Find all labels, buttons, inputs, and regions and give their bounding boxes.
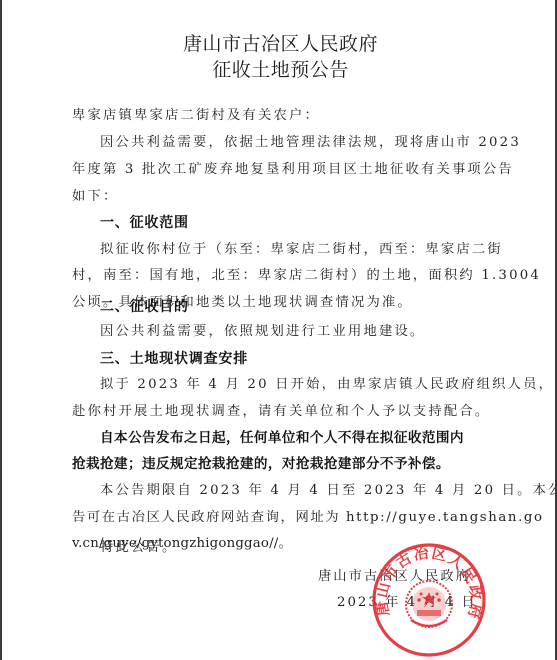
section-line: 因公共利益需要，依照规划进行工业用地建设。 [100,322,460,342]
section-line: 赴你村开展土地现状调查，请有关单位和个人予以支持配合。 [72,402,460,422]
warning-line: 自本公告发布之日起，任何单位和个人不得在拟征收范围内 [100,428,460,448]
period-line: 告可在古冶区人民政府网站查询，网址为 http://guye.tangshan.… [72,508,460,528]
section-line: 拟征收你村位于（东至：卑家店二街村，西至：卑家店二街 [100,240,460,260]
section-heading: 二、征收目的 [100,297,460,317]
section-line: 村，南至：国有地，北至：卑家店二街村）的土地，面积约 1.3004 [72,266,460,286]
intro-line: 年度第 3 批次工矿废弃地复垦利用项目区土地征收有关事项公告 [72,160,460,180]
document-subtitle: 征收土地预公告 [2,55,557,82]
warning-line: 抢栽抢建；违反规定抢栽抢建的，对抢栽抢建部分不予补偿。 [72,454,460,474]
section-heading: 三、土地现状调查安排 [100,349,460,369]
intro-line: 如下： [72,187,460,207]
document-title: 唐山市古冶区人民政府 [2,29,557,56]
document-page: 唐山市古冶区人民政府 征收土地预公告 卑家店镇卑家店二街村及有关农户： 因公共利… [0,0,557,660]
period-line: 本公告期限自 2023 年 4 月 4 日至 2023 年 4 月 20 日。本… [100,481,460,501]
salutation: 卑家店镇卑家店二街村及有关农户： [72,106,460,126]
intro-line: 因公共利益需要，依据土地管理法律法规，现将唐山市 2023 [100,133,460,153]
section-heading: 一、征收范围 [100,213,460,233]
section-line: 拟于 2023 年 4 月 20 日开始，由卑家店镇人民政府组织人员， [100,375,460,395]
official-seal-icon: 唐山市古冶区人民政府 [369,540,489,660]
